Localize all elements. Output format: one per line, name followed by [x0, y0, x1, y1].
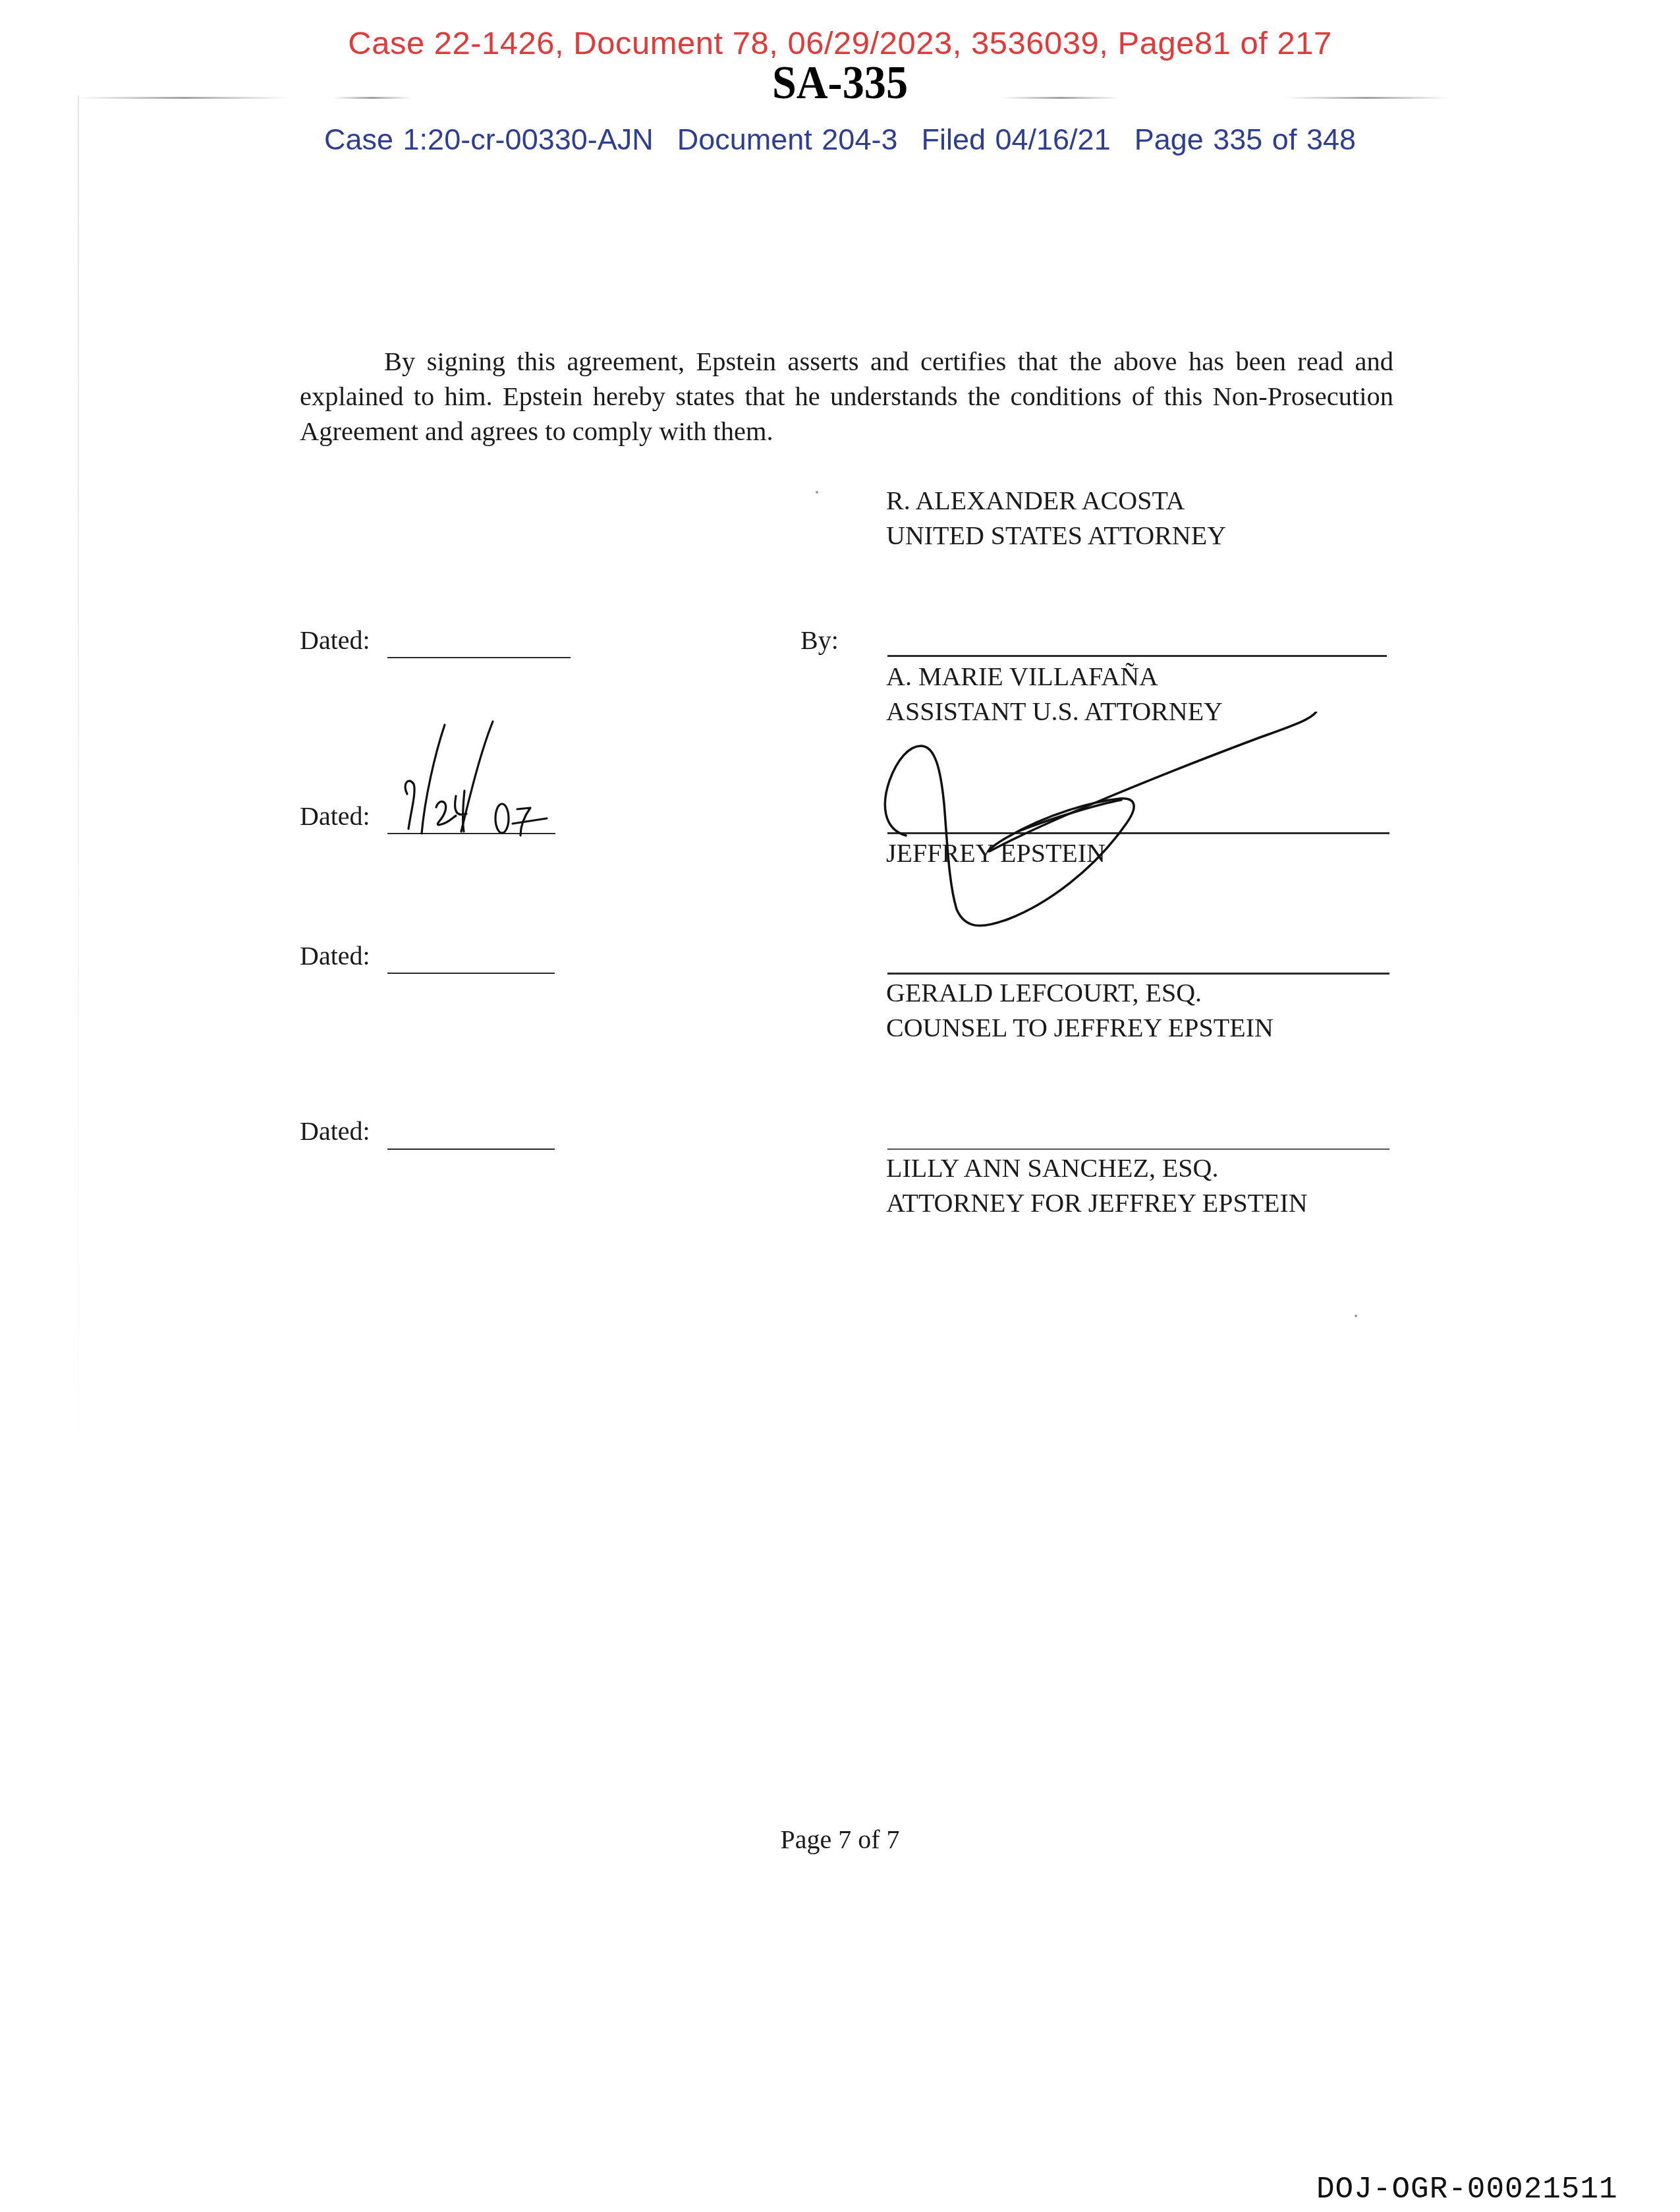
district-filed-date: Filed 04/16/21 [921, 123, 1110, 156]
signer-name-sanchez: LILLY ANN SANCHEZ, ESQ. [886, 1150, 1219, 1185]
dated-label-1: Dated: [300, 625, 370, 656]
scan-speck [1355, 1315, 1357, 1317]
signature-epstein [856, 712, 1449, 942]
signature-line-villafana[interactable] [887, 655, 1387, 657]
district-case-stamp: Case 1:20-cr-00330-AJNDocument 204-3File… [0, 123, 1680, 157]
appendix-page-label: SA-335 [67, 55, 1613, 110]
signer-title-sanchez: ATTORNEY FOR JEFFREY EPSTEIN [886, 1185, 1308, 1220]
signer-name-villafana: A. MARIE VILLAFAÑA [886, 659, 1158, 694]
dated-line-4[interactable] [387, 1149, 555, 1150]
district-document-number: Document 204-3 [677, 123, 898, 156]
scan-artifact-line [333, 97, 412, 99]
signature-line-sanchez[interactable] [887, 1149, 1389, 1150]
by-label: By: [800, 625, 839, 656]
dated-label-3: Dated: [300, 940, 370, 971]
bates-number: DOJ-OGR-00021511 [1316, 2172, 1618, 2207]
dated-line-3[interactable] [387, 973, 555, 974]
district-page-count: Page 335 of 348 [1134, 123, 1356, 156]
us-attorney-title: UNITED STATES ATTORNEY [886, 518, 1226, 553]
signer-name-lefcourt: GERALD LEFCOURT, ESQ. [886, 975, 1202, 1010]
scan-speck [816, 491, 818, 494]
handwritten-date-9-24-07: 9/24/07 [382, 718, 567, 837]
scan-edge [78, 96, 79, 1479]
signature-line-lefcourt[interactable] [887, 973, 1389, 975]
dated-label-2: Dated: [300, 801, 370, 832]
dated-label-4: Dated: [300, 1116, 370, 1147]
signer-title-lefcourt: COUNSEL TO JEFFREY EPSTEIN [886, 1010, 1274, 1045]
us-attorney-name: R. ALEXANDER ACOSTA [886, 483, 1185, 518]
page-number: Page 7 of 7 [0, 1824, 1680, 1855]
certification-text: By signing this agreement, Epstein asser… [300, 347, 1393, 446]
scan-artifact-line [1001, 97, 1120, 99]
scan-artifact-line [78, 97, 289, 99]
certification-paragraph: By signing this agreement, Epstein asser… [300, 344, 1393, 449]
district-case-number: Case 1:20-cr-00330-AJN [324, 123, 654, 156]
dated-line-1[interactable] [387, 657, 571, 658]
scan-artifact-line [1285, 97, 1449, 99]
